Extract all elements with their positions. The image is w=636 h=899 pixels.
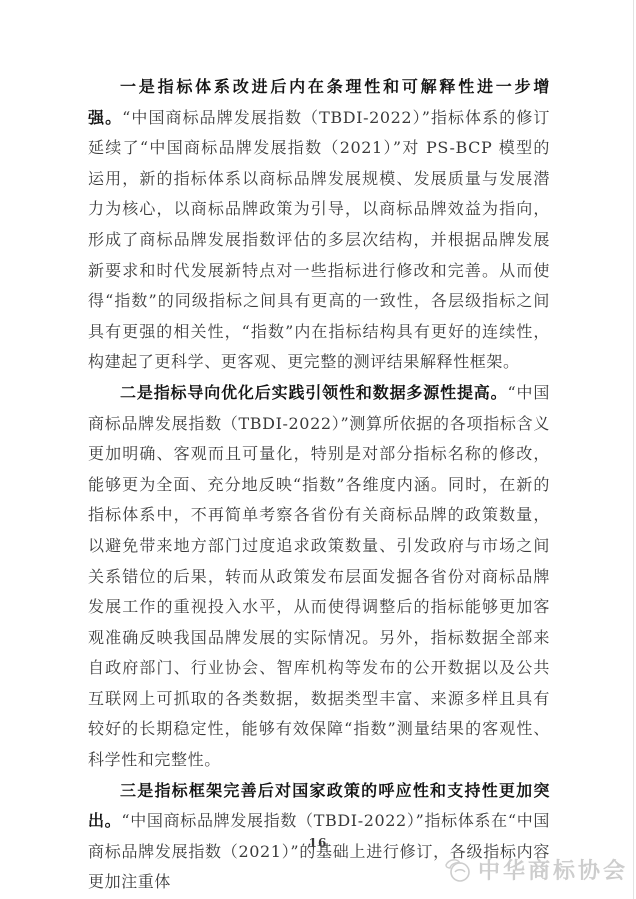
watermark-text: 中华商标协会 (478, 854, 628, 885)
scan-edge-line (633, 0, 634, 899)
document-page: 一是指标体系改进后内在条理性和可解释性进一步增强。“中国商标品牌发展指数（TBD… (0, 0, 636, 899)
watermark: 中华商标协会 (443, 854, 628, 885)
paragraph-1: 一是指标体系改进后内在条理性和可解释性进一步增强。“中国商标品牌发展指数（TBD… (88, 72, 550, 378)
page-number: 16 (0, 836, 636, 850)
paragraph-2-lead: 二是指标导向优化后实践引领性和数据多源性提高。 (120, 383, 508, 402)
paragraph-2-body: “中国商标品牌发展指数（TBDI-2022）”测算所依据的各项指标含义更加明确、… (88, 383, 550, 769)
association-logo-icon (443, 855, 473, 885)
paragraph-2: 二是指标导向优化后实践引领性和数据多源性提高。“中国商标品牌发展指数（TBDI-… (88, 378, 550, 776)
page-content: 一是指标体系改进后内在条理性和可解释性进一步增强。“中国商标品牌发展指数（TBD… (88, 72, 550, 898)
paragraph-1-body: “中国商标品牌发展指数（TBDI-2022）”指标体系的修订延续了“中国商标品牌… (88, 108, 550, 372)
